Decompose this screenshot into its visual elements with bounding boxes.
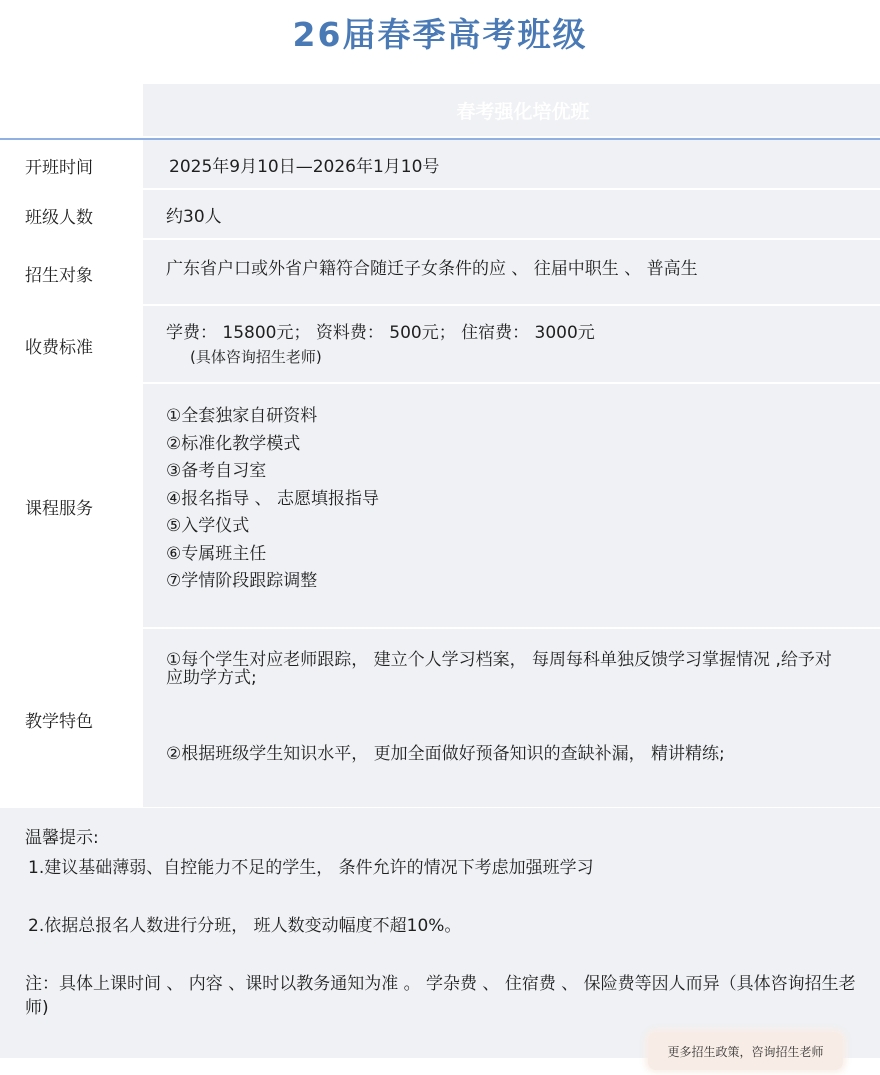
tip-item: 1.建议基础薄弱、自控能力不足的学生， 条件允许的情况下考虑加强班学习 — [25, 856, 880, 880]
table-row-fees: 收费标准 学费： 15800元； 资料费： 500元； 住宿费： 3000元 (… — [0, 306, 880, 384]
table-row-teaching-features: 教学特色 ①每个学生对应老师跟踪， 建立个人学习档案， 每周每科单独反馈学习掌握… — [0, 629, 880, 809]
class-info-table: 班型 春考强化培优班 开班时间 2025年9月10日—2026年1月10号 班级… — [0, 84, 880, 809]
row-value: 学费： 15800元； 资料费： 500元； 住宿费： 3000元 (具体咨询招… — [143, 306, 880, 384]
header-class-name: 春考强化培优班 — [143, 84, 880, 138]
row-value: ①全套独家自研资料 ②标准化教学模式 ③备考自习室 ④报名指导 、 志愿填报指导… — [143, 384, 880, 629]
row-label: 课程服务 — [0, 384, 143, 629]
tips-title: 温馨提示: — [25, 826, 880, 850]
row-value: 广东省户口或外省户籍符合随迁子女条件的应 、 往届中职生 、 普高生 — [143, 240, 880, 306]
tips-section: 温馨提示: 1.建议基础薄弱、自控能力不足的学生， 条件允许的情况下考虑加强班学… — [0, 808, 880, 1058]
page-title: 26届春季高考班级 — [0, 12, 880, 58]
header-class-type-label: 班型 — [0, 84, 143, 138]
list-item: ②根据班级学生知识水平， 更加全面做好预备知识的查缺补漏， 精讲精练; — [166, 745, 840, 763]
row-label: 教学特色 — [0, 629, 143, 809]
fee-detail: 学费： 15800元； 资料费： 500元； 住宿费： 3000元 — [166, 320, 880, 346]
table-row-start-time: 开班时间 2025年9月10日—2026年1月10号 — [0, 140, 880, 190]
row-label: 收费标准 — [0, 306, 143, 384]
contact-teacher-badge[interactable]: 更多招生政策，咨询招生老师 — [648, 1032, 843, 1070]
table-row-enrollment-target: 招生对象 广东省户口或外省户籍符合随迁子女条件的应 、 往届中职生 、 普高生 — [0, 240, 880, 306]
list-item: ⑥专属班主任 — [166, 541, 880, 569]
row-label: 招生对象 — [0, 240, 143, 306]
list-item: ②标准化教学模式 — [166, 431, 880, 459]
table-row-class-size: 班级人数 约30人 — [0, 190, 880, 240]
table-row-course-services: 课程服务 ①全套独家自研资料 ②标准化教学模式 ③备考自习室 ④报名指导 、 志… — [0, 384, 880, 629]
row-value: 约30人 — [143, 190, 880, 240]
row-label: 开班时间 — [0, 140, 143, 190]
list-item: ①每个学生对应老师跟踪， 建立个人学习档案， 每周每科单独反馈学习掌握情况 ,给… — [166, 651, 840, 687]
list-item: ④报名指导 、 志愿填报指导 — [166, 486, 880, 514]
tips-note: 注：具体上课时间 、 内容 、课时以教务通知为准 。 学杂费 、 住宿费 、 保… — [25, 972, 880, 1020]
row-value: ①每个学生对应老师跟踪， 建立个人学习档案， 每周每科单独反馈学习掌握情况 ,给… — [143, 629, 880, 809]
table-header: 班型 春考强化培优班 — [0, 84, 880, 140]
fee-note: (具体咨询招生老师) — [166, 346, 880, 368]
row-value: 2025年9月10日—2026年1月10号 — [143, 140, 880, 190]
list-item: ⑤入学仪式 — [166, 513, 880, 541]
list-item: ③备考自习室 — [166, 458, 880, 486]
list-item: ⑦学情阶段跟踪调整 — [166, 568, 880, 596]
row-label: 班级人数 — [0, 190, 143, 240]
tip-item: 2.依据总报名人数进行分班， 班人数变动幅度不超10%。 — [25, 914, 880, 938]
list-item: ①全套独家自研资料 — [166, 403, 880, 431]
